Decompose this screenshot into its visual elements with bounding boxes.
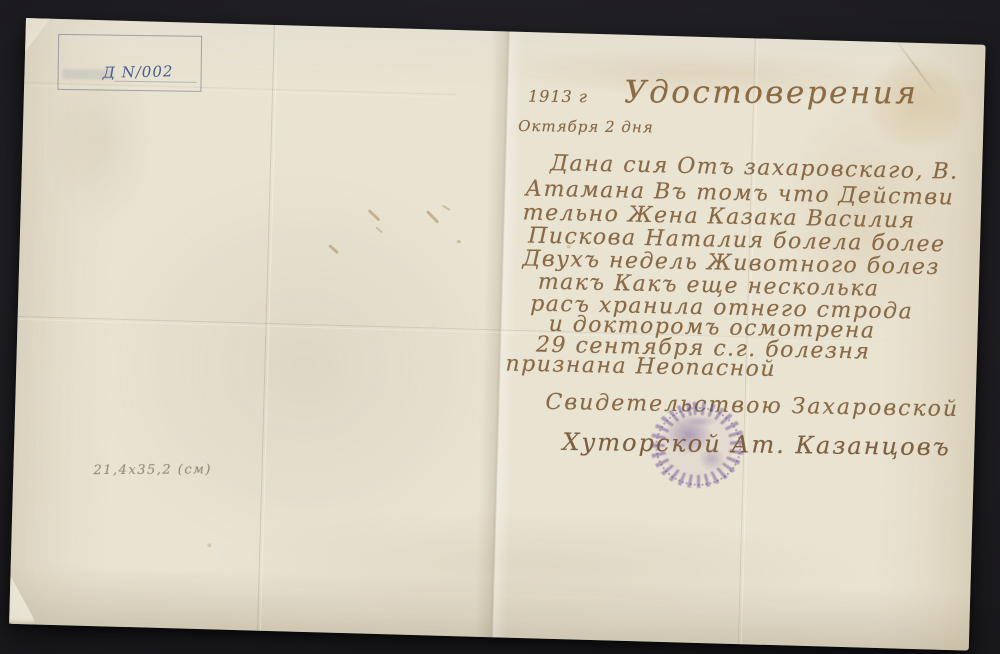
stain-speck — [368, 209, 381, 222]
archive-label-box: Д N/002 — [57, 34, 202, 92]
fold-crease-vertical-left — [257, 25, 278, 631]
signature-line: Хуторской Ат. Казанцовъ — [562, 428, 951, 461]
stain-speck — [442, 205, 451, 211]
archive-label-text: Д N/002 — [102, 62, 173, 81]
photo-background: Д N/002 21,4х35,2 (см) 1913 г Удостовере… — [0, 0, 1000, 654]
corner-fold-top-left — [25, 18, 50, 53]
pencil-size-note: 21,4х35,2 (см) — [93, 462, 212, 478]
stain-speck — [426, 210, 439, 224]
doc-date-line: Октября 2 дня — [518, 117, 654, 136]
stain-speck — [328, 244, 339, 254]
stain-speck — [376, 227, 383, 234]
document-page: Д N/002 21,4х35,2 (см) 1913 г Удостовере… — [9, 18, 986, 651]
attestation-line: Свидетельствою Захаровской — [545, 390, 959, 422]
stain-speck — [457, 240, 461, 243]
handwritten-line-10: признана Неопасной — [505, 351, 776, 382]
doc-title: Удостоверения — [624, 74, 918, 111]
stain-speck — [207, 543, 211, 547]
fold-crease-vertical-center — [475, 31, 524, 638]
corner-fold-bottom-left — [9, 576, 38, 625]
doc-number: 1913 г — [528, 87, 588, 107]
